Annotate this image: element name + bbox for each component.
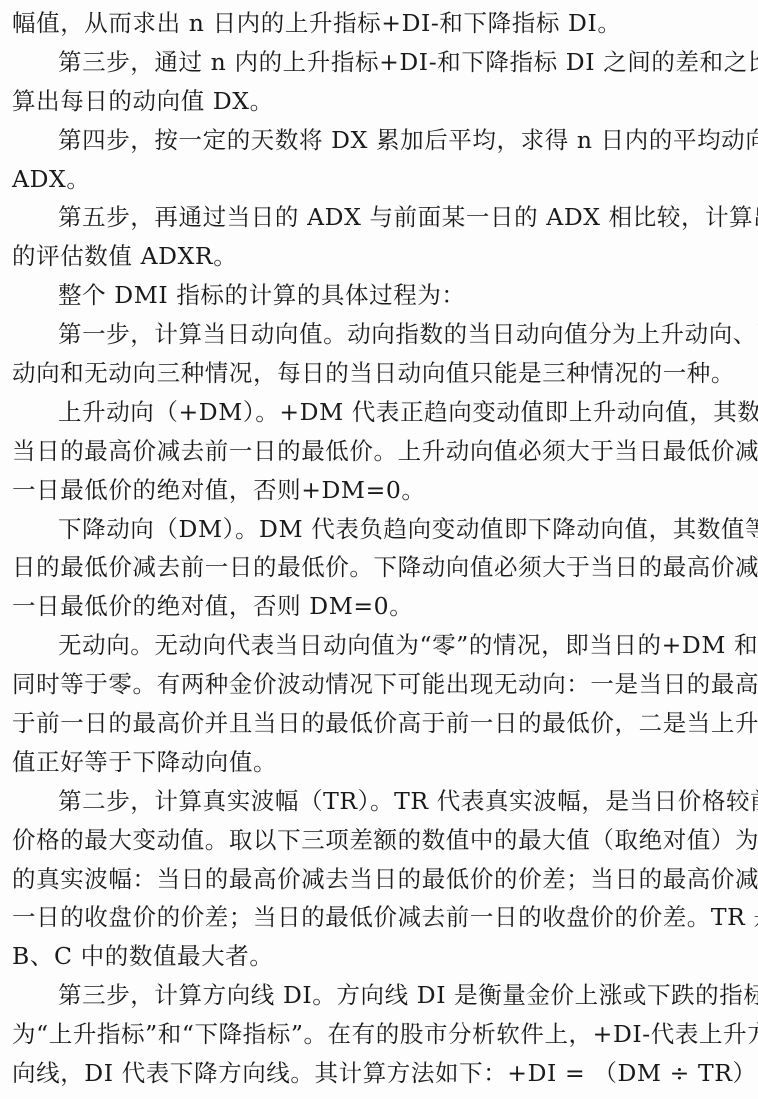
text-line: 算出每日的动向值 DX。	[12, 82, 752, 121]
document-page: 幅值，从而求出 n 日内的上升指标+DI-和下降指标 DI。 第三步，通过 n …	[0, 0, 758, 1099]
text-line: 价格的最大变动值。取以下三项差额的数值中的最大值（取绝对值）为当日	[12, 821, 752, 860]
text-line: 为“上升指标”和“下降指标”。在有的股市分析软件上，+DI-代表上升方	[12, 1015, 752, 1054]
text-line: 的评估数值 ADXR。	[12, 237, 752, 276]
text-line: B、C 中的数值最大者。	[12, 937, 752, 976]
text-line: 值正好等于下降动向值。	[12, 743, 752, 782]
text-line: 下降动向（DM）。DM 代表负趋向变动值即下降动向值，其数值等于当	[12, 510, 752, 549]
text-line: 整个 DMI 指标的计算的具体过程为：	[12, 276, 752, 315]
text-line: 于前一日的最高价并且当日的最低价高于前一日的最低价，二是当上升动向	[12, 704, 752, 743]
text-line: 向线，DI 代表下降方向线。其计算方法如下：+DI = （DM ÷ TR）× 1…	[12, 1054, 752, 1093]
text-line: 第一步，计算当日动向值。动向指数的当日动向值分为上升动向、下降	[12, 315, 752, 354]
text-line: 动向和无动向三种情况，每日的当日动向值只能是三种情况的一种。	[12, 354, 752, 393]
text-line: 一日的收盘价的价差；当日的最低价减去前一日的收盘价的价差。TR 是 A、	[12, 898, 752, 937]
text-line: 第二步，计算真实波幅（TR）。TR 代表真实波幅，是当日价格较前一日	[12, 782, 752, 821]
text-line: 幅值，从而求出 n 日内的上升指标+DI-和下降指标 DI。	[12, 4, 752, 43]
text-line: ADX。	[12, 160, 752, 199]
text-line: 无动向。无动向代表当日动向值为“零”的情况，即当日的+DM 和 DM	[12, 626, 752, 665]
text-line: 第三步，通过 n 内的上升指标+DI-和下降指标 DI 之间的差和之比，计	[12, 43, 752, 82]
text-line: 日的最低价减去前一日的最低价。下降动向值必须大于当日的最高价减去前	[12, 548, 752, 587]
text-line: 第四步，按一定的天数将 DX 累加后平均，求得 n 日内的平均动向值	[12, 121, 752, 160]
text-line: 当日的最高价减去前一日的最低价。上升动向值必须大于当日最低价减去前	[12, 432, 752, 471]
body-text: 幅值，从而求出 n 日内的上升指标+DI-和下降指标 DI。 第三步，通过 n …	[12, 4, 752, 1093]
text-line: 一日最低价的绝对值，否则 DM=0。	[12, 587, 752, 626]
text-line: 第三步，计算方向线 DI。方向线 DI 是衡量金价上涨或下跌的指标，分	[12, 976, 752, 1015]
text-line: 一日最低价的绝对值，否则+DM=0。	[12, 471, 752, 510]
text-line: 第五步，再通过当日的 ADX 与前面某一日的 ADX 相比较，计算出ADX	[12, 198, 752, 237]
text-line: 的真实波幅：当日的最高价减去当日的最低价的价差；当日的最高价减去前	[12, 860, 752, 899]
text-line: 同时等于零。有两种金价波动情况下可能出现无动向：一是当日的最高价低	[12, 665, 752, 704]
text-line: 上升动向（+DM）。+DM 代表正趋向变动值即上升动向值，其数值等于	[12, 393, 752, 432]
